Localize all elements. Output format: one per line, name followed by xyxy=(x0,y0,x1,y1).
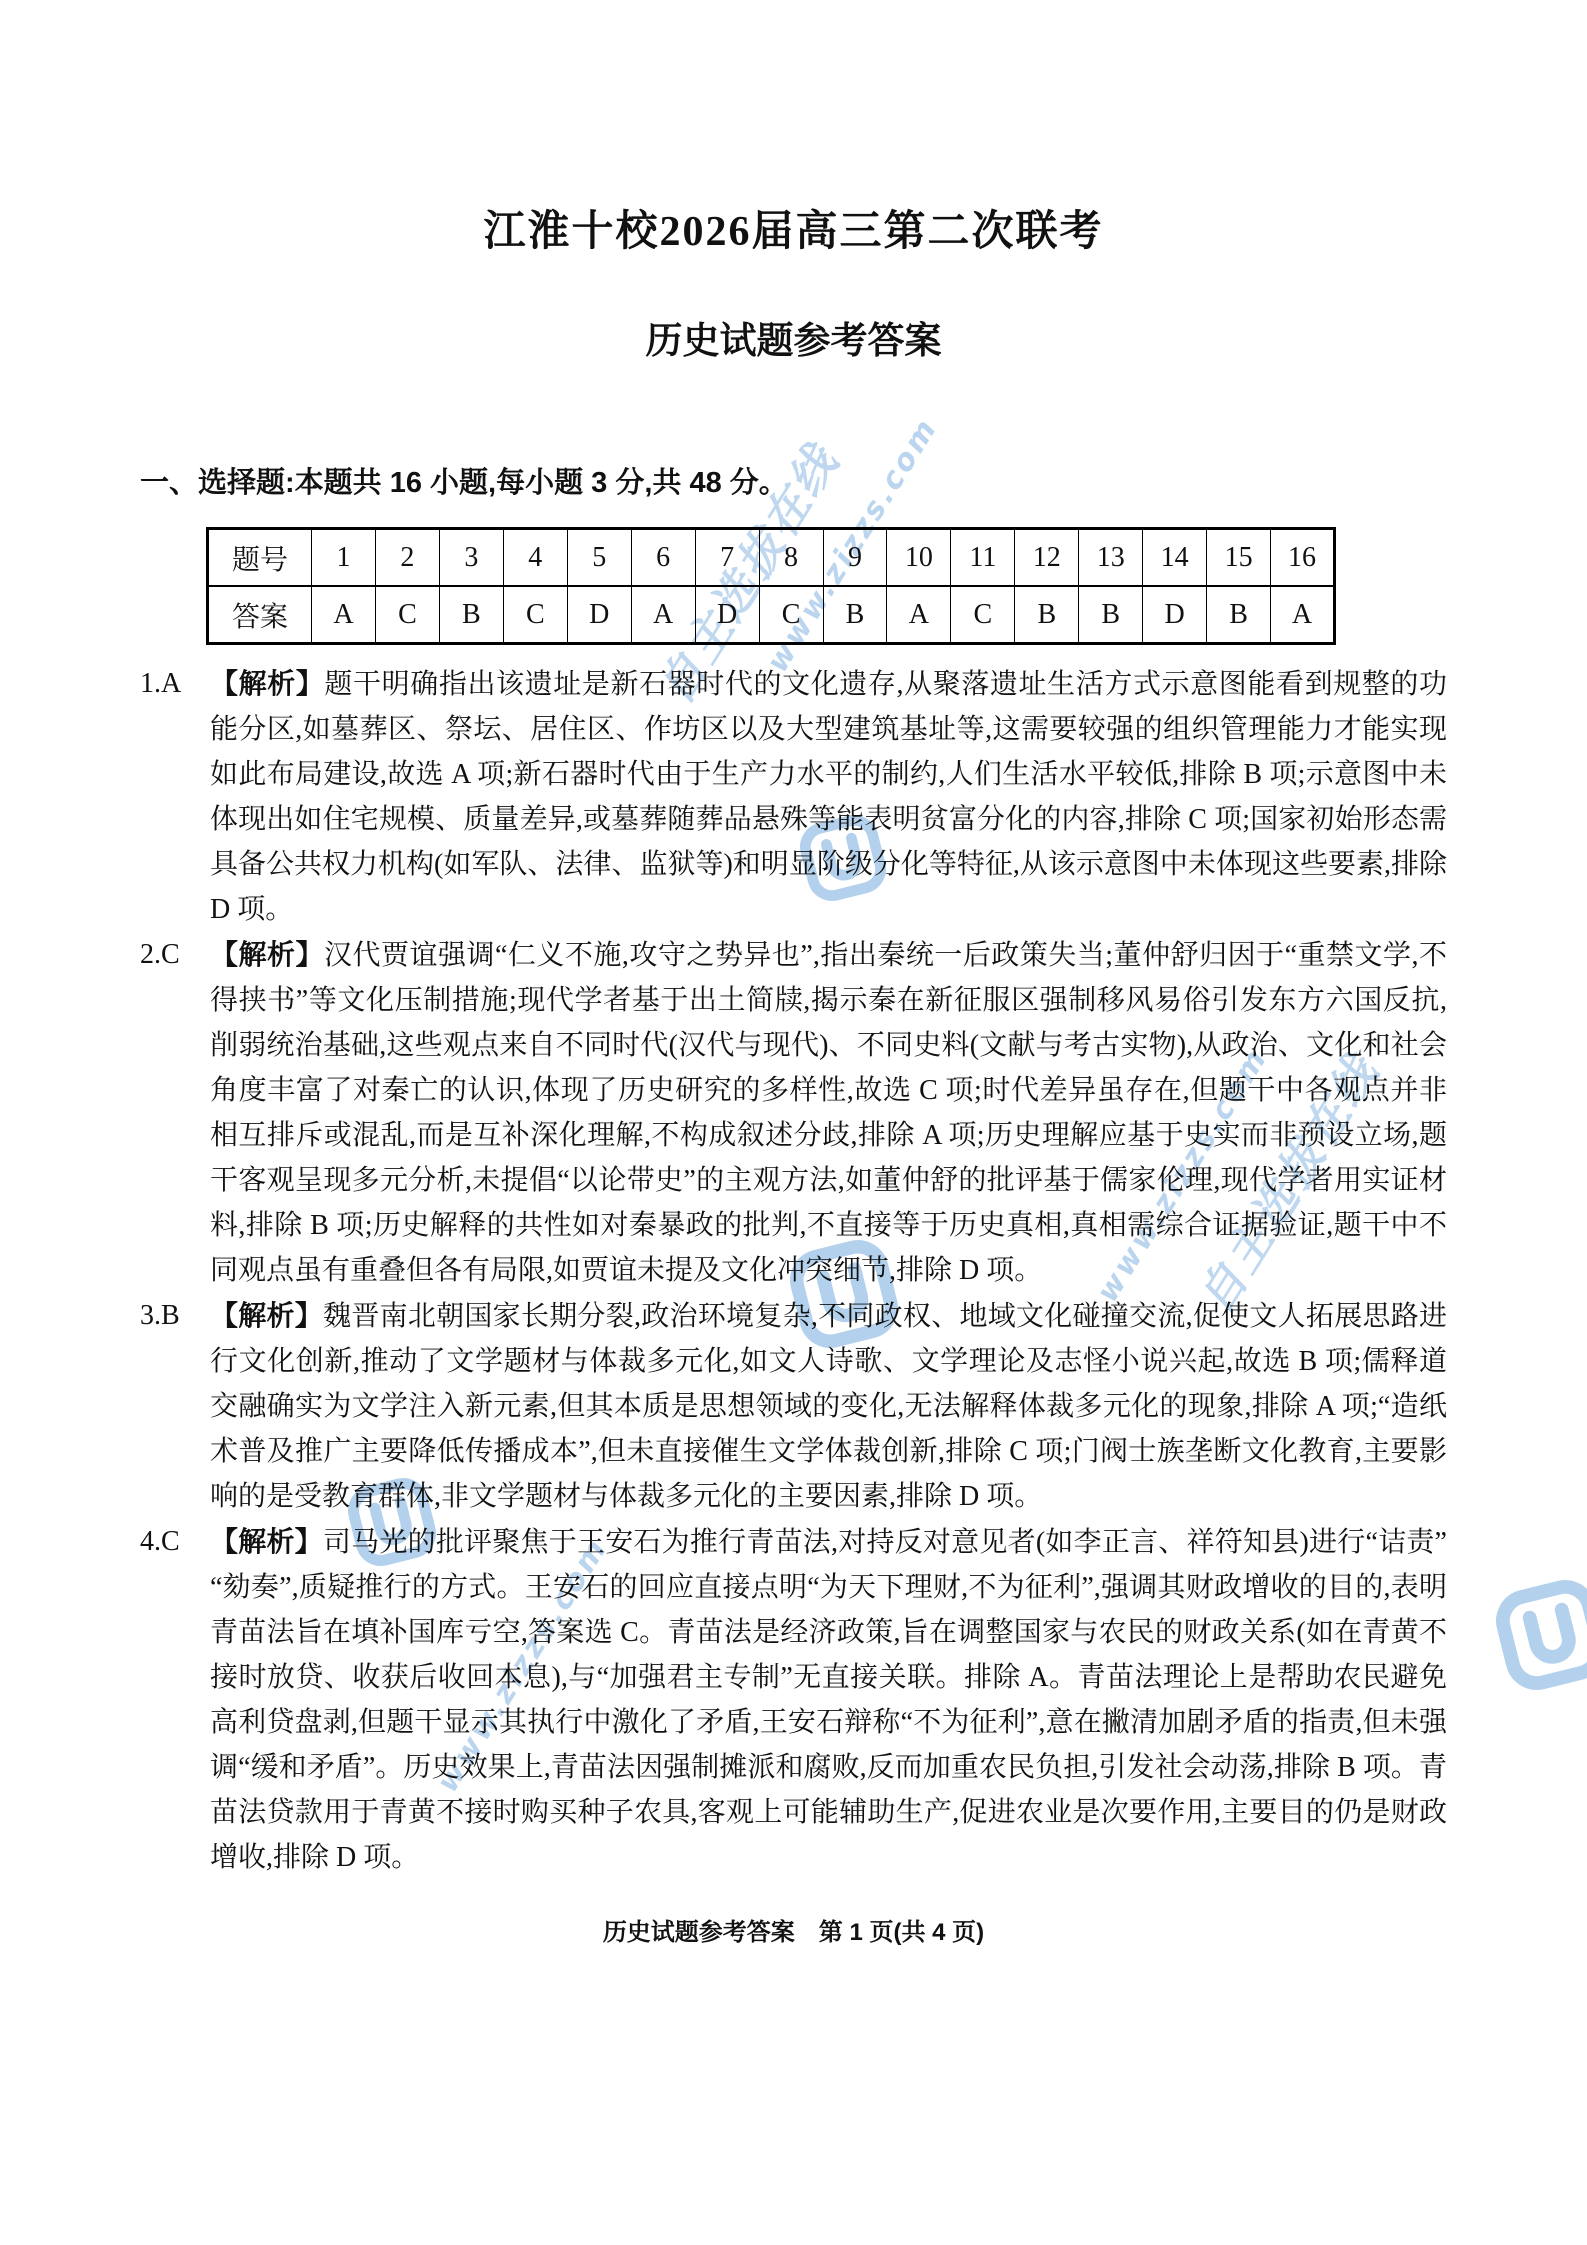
question-number-cell: 7 xyxy=(695,529,759,587)
document-page: 自主选拔在线 www.zizzs.com 自主选拔在线 www.zizzs.co… xyxy=(0,0,1587,2245)
question-number-row: 题号 12345678910111213141516 xyxy=(208,529,1335,587)
explanation-text: 汉代贾谊强调“仁义不施,攻守之势异也”,指出秦统一后政策失当;董仲舒归因于“重禁… xyxy=(210,940,1447,1286)
explanation-item: 4.C【解析】司马光的批评聚焦于王安石为推行青苗法,对持反对意见者(如李正言、祥… xyxy=(140,1519,1447,1880)
section-header: 一、选择题:本题共 16 小题,每小题 3 分,共 48 分。 xyxy=(140,460,1447,501)
page-footer: 历史试题参考答案 第 1 页(共 4 页) xyxy=(140,1912,1447,1947)
answer-cell: A xyxy=(887,586,951,644)
answer-cell: A xyxy=(312,586,376,644)
explanation-label: 【解析】 xyxy=(210,668,324,699)
answer-cell: D xyxy=(567,586,631,644)
answer-cell: A xyxy=(1271,586,1335,644)
question-number-cell: 13 xyxy=(1079,529,1143,587)
question-number-cell: 1 xyxy=(312,529,376,587)
answer-table: 题号 12345678910111213141516 答案 ACBCDADCBA… xyxy=(206,527,1336,645)
answer-cell: D xyxy=(1143,586,1207,644)
page-title: 江淮十校2026届高三第二次联考 xyxy=(140,198,1447,258)
question-number-cell: 10 xyxy=(887,529,951,587)
explanation-list: 1.A【解析】题干明确指出该遗址是新石器时代的文化遗存,从聚落遗址生活方式示意图… xyxy=(140,661,1447,1880)
answer-cell: C xyxy=(759,586,823,644)
question-number-cell: 8 xyxy=(759,529,823,587)
page-subtitle: 历史试题参考答案 xyxy=(140,310,1447,364)
question-number-cell: 5 xyxy=(567,529,631,587)
answer-cell: B xyxy=(1079,586,1143,644)
question-number-cell: 3 xyxy=(439,529,503,587)
answer-cell: B xyxy=(1207,586,1271,644)
answer-cell: C xyxy=(951,586,1015,644)
question-number-cell: 12 xyxy=(1015,529,1079,587)
explanation-number: 3.B xyxy=(140,1293,180,1338)
question-number-cell: 6 xyxy=(631,529,695,587)
explanation-label: 【解析】 xyxy=(210,1300,323,1331)
explanation-item: 1.A【解析】题干明确指出该遗址是新石器时代的文化遗存,从聚落遗址生活方式示意图… xyxy=(140,661,1447,932)
question-number-cell: 2 xyxy=(375,529,439,587)
explanation-number: 1.A xyxy=(140,661,181,706)
question-number-cell: 16 xyxy=(1271,529,1335,587)
row-header-question: 题号 xyxy=(208,529,312,587)
question-number-cell: 15 xyxy=(1207,529,1271,587)
watermark-logo-icon xyxy=(1496,1580,1587,1690)
question-number-cell: 14 xyxy=(1143,529,1207,587)
question-number-cell: 4 xyxy=(503,529,567,587)
explanation-text: 题干明确指出该遗址是新石器时代的文化遗存,从聚落遗址生活方式示意图能看到规整的功… xyxy=(210,669,1447,925)
explanation-item: 3.B【解析】魏晋南北朝国家长期分裂,政治环境复杂,不同政权、地域文化碰撞交流,… xyxy=(140,1293,1447,1519)
row-header-answer: 答案 xyxy=(208,586,312,644)
answer-cell: D xyxy=(695,586,759,644)
explanation-label: 【解析】 xyxy=(210,1526,323,1557)
explanation-text: 司马光的批评聚焦于王安石为推行青苗法,对持反对意见者(如李正言、祥符知县)进行“… xyxy=(210,1527,1447,1873)
answer-cell: B xyxy=(439,586,503,644)
explanation-number: 4.C xyxy=(140,1519,180,1564)
question-number-cell: 11 xyxy=(951,529,1015,587)
answer-cell: B xyxy=(823,586,887,644)
explanation-label: 【解析】 xyxy=(210,939,324,970)
explanation-number: 2.C xyxy=(140,932,180,977)
answer-row: 答案 ACBCDADCBACBBDBA xyxy=(208,586,1335,644)
answer-cell: B xyxy=(1015,586,1079,644)
answer-cell: A xyxy=(631,586,695,644)
answer-cell: C xyxy=(503,586,567,644)
explanation-item: 2.C【解析】汉代贾谊强调“仁义不施,攻守之势异也”,指出秦统一后政策失当;董仲… xyxy=(140,932,1447,1293)
question-number-cell: 9 xyxy=(823,529,887,587)
answer-cell: C xyxy=(375,586,439,644)
explanation-text: 魏晋南北朝国家长期分裂,政治环境复杂,不同政权、地域文化碰撞交流,促使文人拓展思… xyxy=(210,1301,1447,1512)
